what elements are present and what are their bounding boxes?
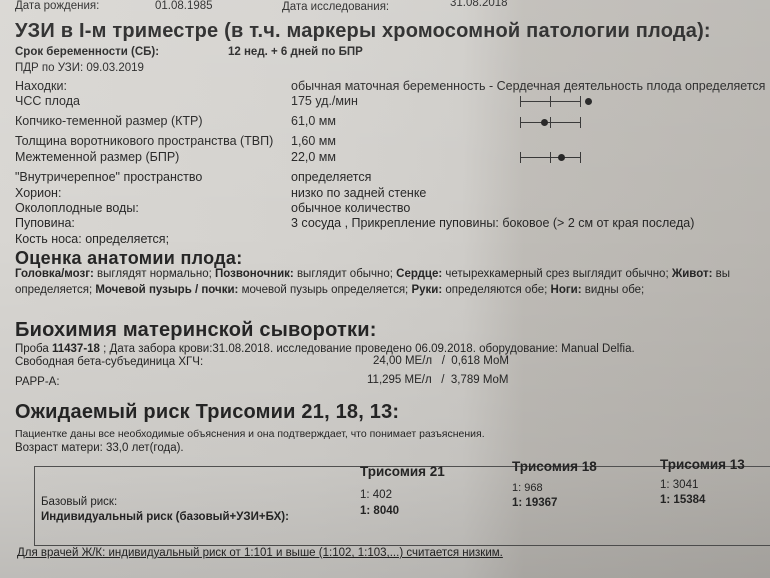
row-value: 1,60 мм bbox=[291, 134, 336, 148]
range-tick-min bbox=[520, 152, 521, 163]
pappa-label: PAPP-A: bbox=[15, 376, 60, 388]
anatomy-line-2: определяется; Мочевой пузырь / почки: мо… bbox=[15, 284, 644, 296]
anatomy-value: видны обе; bbox=[582, 284, 645, 296]
range-tick-mid bbox=[550, 96, 551, 107]
anatomy-value: вы bbox=[712, 268, 730, 280]
row-value: определяется bbox=[291, 170, 371, 184]
anatomy-key: Ноги: bbox=[551, 284, 582, 296]
t21-individual: 1: 8040 bbox=[360, 505, 399, 517]
birth-date-value: 01.08.1985 bbox=[155, 0, 213, 12]
row-value: 175 уд./мин bbox=[291, 94, 358, 108]
exam-date-label: Дата исследования: bbox=[282, 1, 389, 13]
reference-range-bar-bpd bbox=[520, 152, 580, 162]
row-value: обычная маточная беременность - Сердечна… bbox=[291, 79, 765, 93]
biochem-title: Биохимия материнской сыворотки: bbox=[15, 319, 377, 342]
t18-header: Трисомия 18 bbox=[512, 459, 597, 474]
range-tick-max bbox=[580, 96, 581, 107]
row-label: Хорион: bbox=[15, 186, 61, 200]
hcg-value: 24,00 МЕ/л / 0,618 МоМ bbox=[373, 355, 509, 367]
hcg-label: Свободная бета-субъединица ХГЧ: bbox=[15, 356, 203, 368]
anatomy-value: определяются обе; bbox=[442, 284, 550, 296]
anatomy-value: выглядит обычно; bbox=[294, 268, 396, 280]
base-risk-label: Базовый риск: bbox=[41, 496, 117, 508]
individual-risk-label: Индивидуальный риск (базовый+УЗИ+БХ): bbox=[41, 511, 289, 523]
anatomy-key: Сердце: bbox=[396, 268, 442, 280]
row-label: Копчико-теменной размер (КТР) bbox=[15, 114, 203, 128]
anatomy-key: Позвоночник: bbox=[215, 268, 294, 280]
anatomy-title: Оценка анатомии плода: bbox=[15, 248, 243, 269]
range-tick-min bbox=[520, 96, 521, 107]
t13-header: Трисомия 13 bbox=[660, 457, 745, 472]
pappa-value: 11,295 МЕ/л / 3,789 МоМ bbox=[367, 374, 509, 386]
t13-base: 1: 3041 bbox=[660, 479, 698, 491]
range-tick-max bbox=[580, 152, 581, 163]
exam-date-value: 31.08.2018 bbox=[450, 0, 508, 9]
term-label: Срок беременности (СБ): bbox=[15, 46, 159, 58]
measurement-dot bbox=[585, 98, 592, 105]
range-tick-mid bbox=[550, 117, 551, 128]
mother-age: Возраст матери: 33,0 лет(года). bbox=[15, 442, 184, 454]
risk-title: Ожидаемый риск Трисомии 21, 18, 13: bbox=[15, 401, 399, 424]
due-date: ПДР по УЗИ: 09.03.2019 bbox=[15, 62, 144, 74]
t18-individual: 1: 19367 bbox=[512, 497, 557, 509]
footnote: Для врачей Ж/К: индивидуальный риск от 1… bbox=[17, 547, 503, 559]
row-label: Кость носа: определяется; bbox=[15, 232, 169, 246]
sample-id: 11437-18 bbox=[52, 343, 100, 355]
row-value: обычное количество bbox=[291, 201, 410, 215]
range-tick-max bbox=[580, 117, 581, 128]
consent-text: Пациентке даны все необходимые объяснени… bbox=[15, 428, 485, 440]
row-label: Межтеменной размер (БПР) bbox=[15, 150, 179, 164]
row-value: 22,0 мм bbox=[291, 150, 336, 164]
row-label: Толщина воротникового пространства (ТВП) bbox=[15, 134, 273, 148]
row-label: Пуповина: bbox=[15, 216, 75, 230]
anatomy-value: четырехкамерный срез выглядит обычно; bbox=[442, 268, 672, 280]
row-label: Находки: bbox=[15, 79, 67, 93]
t13-individual: 1: 15384 bbox=[660, 494, 705, 506]
row-value: 3 сосуда , Прикрепление пуповины: боково… bbox=[291, 216, 694, 230]
anatomy-value: выглядят нормально; bbox=[94, 268, 215, 280]
anatomy-key: Руки: bbox=[411, 284, 442, 296]
t21-header: Трисомия 21 bbox=[360, 464, 445, 479]
anatomy-value: мочевой пузырь определяется; bbox=[238, 284, 411, 296]
anatomy-key: Головка/мозг: bbox=[15, 268, 94, 280]
t18-base: 1: 968 bbox=[512, 482, 543, 494]
t21-base: 1: 402 bbox=[360, 489, 392, 501]
row-label: Околоплодные воды: bbox=[15, 201, 139, 215]
range-tick-min bbox=[520, 117, 521, 128]
range-tick-mid bbox=[550, 152, 551, 163]
row-value: 61,0 мм bbox=[291, 114, 336, 128]
term-value: 12 нед. + 6 дней по БПР bbox=[228, 46, 363, 58]
row-label: ЧСС плода bbox=[15, 94, 80, 108]
measurement-dot bbox=[541, 119, 548, 126]
reference-range-bar-heart-rate bbox=[520, 96, 580, 106]
sample-prefix: Проба bbox=[15, 343, 52, 355]
anatomy-key: Живот: bbox=[672, 268, 713, 280]
reference-range-bar-crl bbox=[520, 117, 580, 127]
sample-details: ; Дата забора крови:31.08.2018. исследов… bbox=[100, 343, 635, 355]
birth-date-label: Дата рождения: bbox=[15, 0, 99, 12]
ultrasound-title: УЗИ в I-м триместре (в т.ч. маркеры хром… bbox=[15, 20, 711, 43]
anatomy-key: Мочевой пузырь / почки: bbox=[95, 284, 238, 296]
row-value: низко по задней стенке bbox=[291, 186, 426, 200]
row-label: "Внутричерепное" пространство bbox=[15, 170, 202, 184]
measurement-dot bbox=[558, 154, 565, 161]
anatomy-value: определяется; bbox=[15, 284, 95, 296]
anatomy-line-1: Головка/мозг: выглядят нормально; Позвон… bbox=[15, 268, 730, 280]
sample-info: Проба 11437-18 ; Дата забора крови:31.08… bbox=[15, 343, 635, 355]
